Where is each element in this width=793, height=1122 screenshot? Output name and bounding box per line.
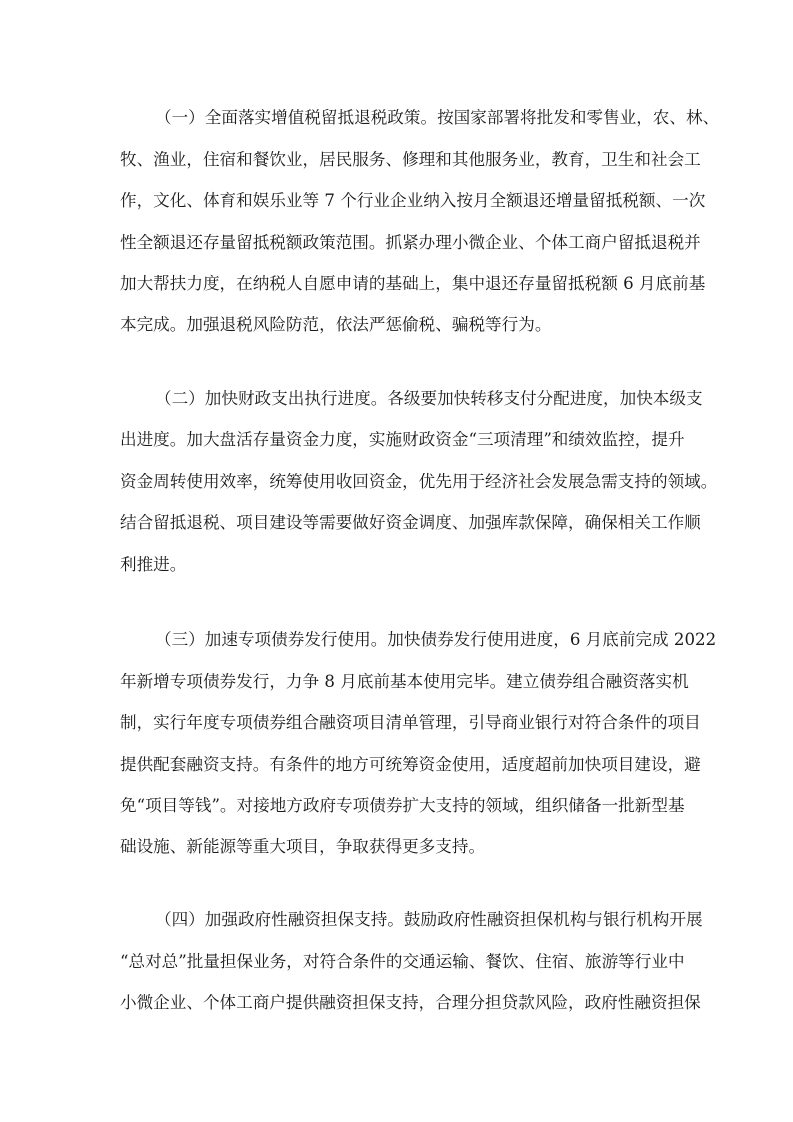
paragraph-line: 牧、渔业，住宿和餐饮业，居民服务、修理和其他服务业，教育，卫生和社会工 — [120, 148, 672, 172]
paragraph-line: 利推进。 — [120, 553, 672, 577]
paragraph-line: 结合留抵退税、项目建设等需要做好资金调度、加强库款保障，确保相关工作顺 — [120, 511, 672, 535]
paragraph-line: “总对总”批量担保业务，对符合条件的交通运输、餐饮、住宿、旅游等行业中 — [120, 950, 672, 974]
paragraph-line: 免“项目等钱”。对接地方政府专项债券扩大支持的领域，组织储备一批新型基 — [120, 794, 672, 818]
paragraph-line: 加大帮扶力度，在纳税人自愿申请的基础上，集中退还存量留抵税额 6 月底前基 — [120, 272, 672, 296]
paragraph-line: （二）加快财政支出执行进度。各级要加快转移支付分配进度，加快本级支 — [155, 387, 672, 411]
paragraph-line: （三）加速专项债券发行使用。加快债券发行使用进度，6 月底前完成 2022 — [155, 628, 672, 652]
paragraph-line: 础设施、新能源等重大项目，争取获得更多支持。 — [120, 835, 672, 859]
paragraph-line: 提供配套融资支持。有条件的地方可统筹资金使用，适度超前加快项目建设，避 — [120, 753, 672, 777]
paragraph-line: 性全额退还存量留抵税额政策范围。抓紧办理小微企业、个体工商户留抵退税并 — [120, 231, 672, 255]
paragraph-line: （一）全面落实增值税留抵退税政策。按国家部署将批发和零售业，农、林、 — [155, 106, 672, 130]
paragraph-line: 作，文化、体育和娱乐业等 7 个行业企业纳入按月全额退还增量留抵税额、一次 — [120, 189, 672, 213]
paragraph-line: （四）加强政府性融资担保支持。鼓励政府性融资担保机构与银行机构开展 — [155, 908, 672, 932]
paragraph-line: 出进度。加大盘活存量资金力度，实施财政资金“三项清理”和绩效监控，提升 — [120, 428, 672, 452]
paragraph-line: 资金周转使用效率，统筹使用收回资金，优先用于经济社会发展急需支持的领域。 — [120, 470, 672, 494]
paragraph-line: 年新增专项债券发行，力争 8 月底前基本使用完毕。建立债券组合融资落实机 — [120, 670, 672, 694]
paragraph-line: 制，实行年度专项债券组合融资项目清单管理，引导商业银行对符合条件的项目 — [120, 711, 672, 735]
paragraph-line: 本完成。加强退税风险防范，依法严惩偷税、骗税等行为。 — [120, 313, 672, 337]
document-page: （一）全面落实增值税留抵退税政策。按国家部署将批发和零售业，农、林、 牧、渔业，… — [0, 0, 793, 1122]
paragraph-line: 小微企业、个体工商户提供融资担保支持，合理分担贷款风险，政府性融资担保 — [120, 991, 672, 1015]
